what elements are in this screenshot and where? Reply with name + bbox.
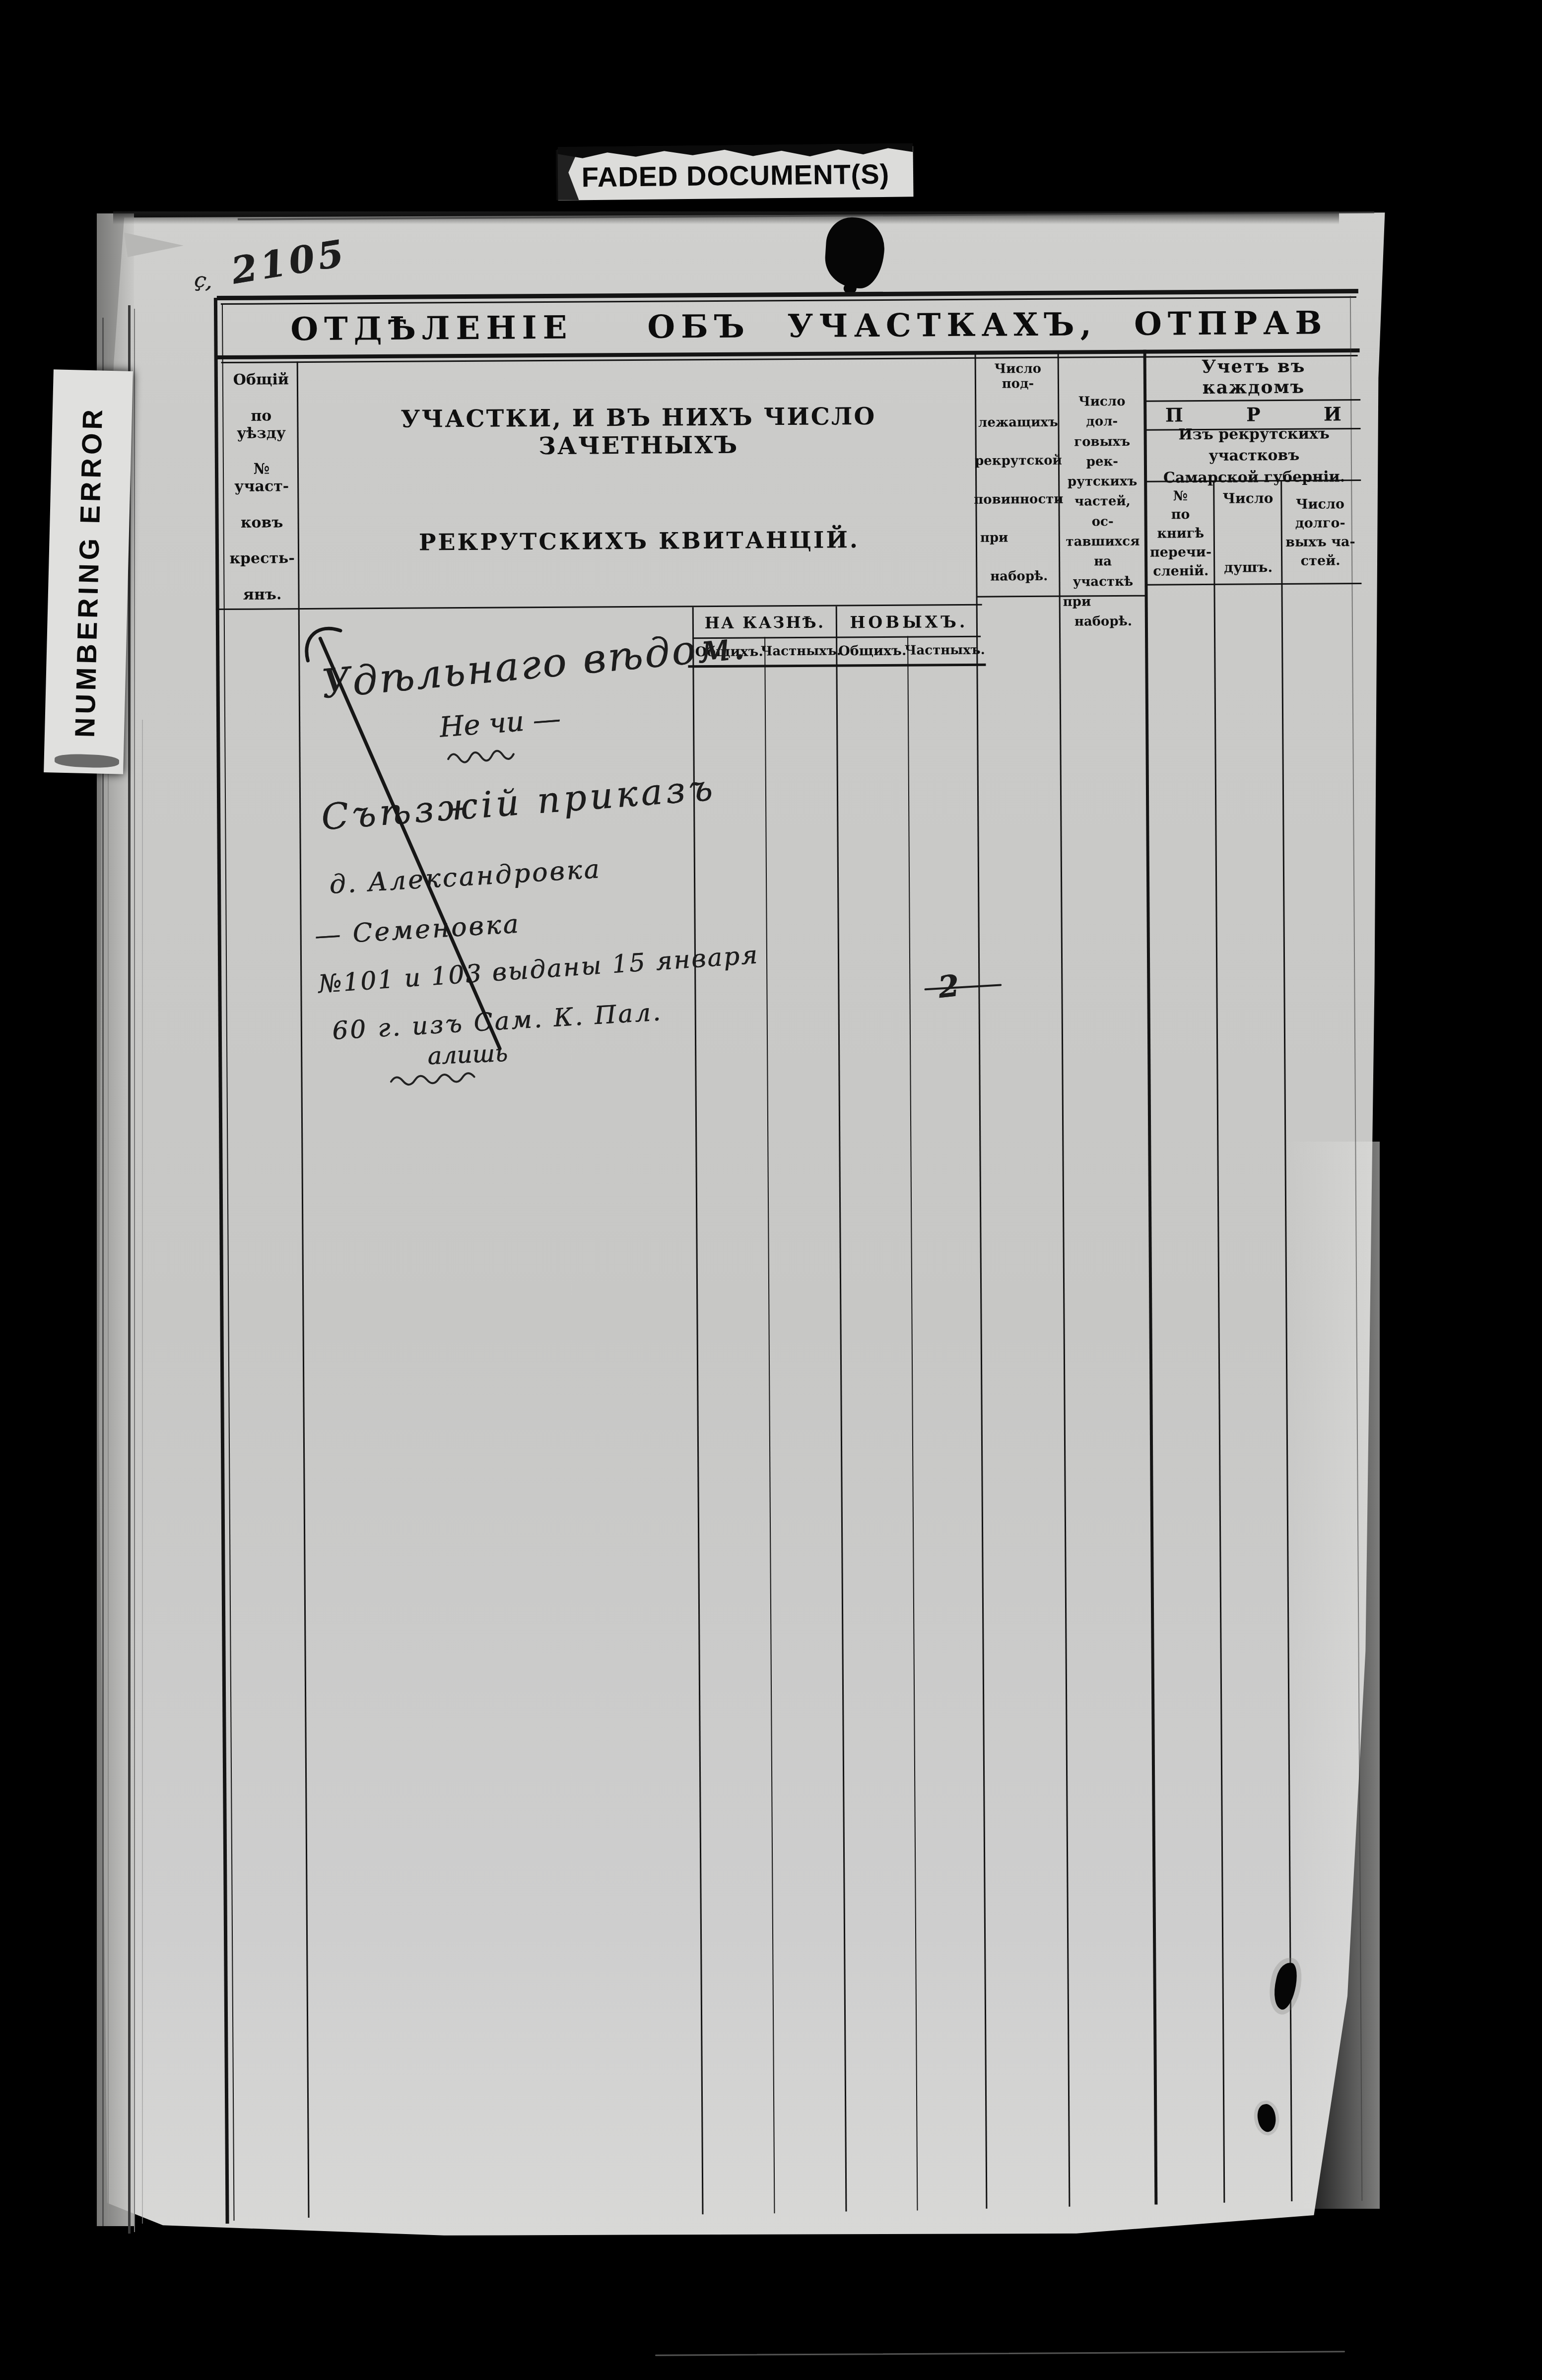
page-margin-rule xyxy=(1350,296,1362,2201)
cancellation-curl xyxy=(298,626,342,666)
header-line: кресть- xyxy=(229,550,295,568)
header-line: стей. xyxy=(1301,551,1341,570)
header-line: рутскихъ xyxy=(1068,472,1138,492)
table-layer: ОТДѢЛЕНІЕ ОБЪ УЧАСТКАХЪ, ОТПРАВ Общій по… xyxy=(0,0,1542,2380)
header-line: частей, ос- xyxy=(1062,491,1142,532)
column-rule-subcol1 xyxy=(692,607,704,2214)
subheader-novyh: НОВЫХЪ. xyxy=(837,609,981,635)
column-rule-subcol3 xyxy=(836,606,847,2211)
faded-document-label-text: FADED DOCUMENT(S) xyxy=(581,158,889,200)
faded-document-label: FADED DOCUMENT(S) xyxy=(557,146,913,200)
squiggle-mark xyxy=(389,1068,493,1085)
header-line: сленій. xyxy=(1153,562,1208,581)
header-line: НОВЫХЪ. xyxy=(850,612,968,631)
header-bottom-rule-cd xyxy=(977,595,1147,598)
sheet-edge-streak xyxy=(238,211,1374,220)
squiggle-mark xyxy=(446,744,535,762)
entry-village-2: — Семеновка xyxy=(314,909,521,951)
header-line: душъ. xyxy=(1224,559,1273,576)
header-line: Число xyxy=(1222,490,1273,507)
header-line: лежащихъ xyxy=(978,414,1058,430)
subheader-obshchih-2: Общихъ. xyxy=(837,638,907,664)
header-line: Число под- xyxy=(979,361,1057,392)
ink-blot xyxy=(823,216,886,290)
header-line: Изъ рекрутскихъ участковъ xyxy=(1148,423,1360,468)
section-title-part1: ОТДѢЛЕНІЕ xyxy=(290,309,573,347)
header-line: рекрутской xyxy=(975,453,1062,469)
header-sections-column: УЧАСТКИ, И ВЪ НИХЪ ЧИСЛО ЗАЧЕТНЫХЪ РЕКРУ… xyxy=(303,368,975,590)
entry-receipt-numbers: №101 и 103 выданы 15 января xyxy=(317,940,759,999)
column-rule-right-thick xyxy=(1143,350,1158,2205)
header-line: Число дол- xyxy=(1062,392,1142,432)
entry-village-1: д. Александровка xyxy=(329,854,602,900)
header-line: Учетъ въ каждомъ xyxy=(1148,355,1360,399)
entry-department: Удѣльнаго вѣдом. xyxy=(320,621,749,707)
ink-mark xyxy=(1256,2103,1278,2133)
header-line: № xyxy=(1173,487,1188,506)
header-line: по уѣзду xyxy=(226,407,296,442)
header-line: при xyxy=(980,531,1008,545)
column-rule-subcol2 xyxy=(764,637,775,2213)
header-line: при xyxy=(1063,592,1091,612)
handwritten-page-number: 2105 xyxy=(228,232,350,293)
header-souls-column: Число душъ. xyxy=(1215,490,1280,576)
header-account-row3: Изъ рекрутскихъ участковъ Самарской губе… xyxy=(1148,433,1360,479)
header-line: тавшихся xyxy=(1066,532,1140,552)
header-line: наборѣ. xyxy=(990,569,1048,584)
column-rule-subcol4 xyxy=(907,636,918,2211)
right-cols-bottom-rule xyxy=(1147,583,1361,586)
header-line: по книгѣ xyxy=(1147,505,1213,543)
header-line: Частныхъ. xyxy=(905,643,985,658)
header-line: Число xyxy=(1296,495,1344,514)
ink-mark xyxy=(1270,1960,1301,2011)
header-line: Общій xyxy=(233,371,289,389)
header-transfer-book-column: № по книгѣ перечи- сленій. xyxy=(1147,488,1213,579)
header-line: РЕКРУТСКИХЪ КВИТАНЦІЙ. xyxy=(419,526,860,555)
header-line: говыхъ рек- xyxy=(1062,431,1142,472)
header-line: перечи- xyxy=(1150,543,1211,562)
section-title: ОТДѢЛЕНІЕ ОБЪ УЧАСТКАХЪ, ОТПРАВ xyxy=(226,297,1358,355)
section-title-part2: ОБЪ УЧАСТКАХЪ, ОТПРАВ xyxy=(647,304,1328,345)
subheader-chastnyh-2: Частныхъ. xyxy=(909,638,981,663)
header-subject-column: Число под- лежащихъ рекрутской повинност… xyxy=(979,361,1058,584)
header-line: янъ. xyxy=(243,586,282,603)
value-strike-line xyxy=(924,984,1002,990)
table-left-border xyxy=(214,298,229,2224)
scanned-document-page: { "stickers": { "faded": "FADED DOCUMENT… xyxy=(0,0,1542,2380)
column-rule-debt xyxy=(1058,352,1071,2207)
header-line: П Р И xyxy=(1165,403,1342,426)
header-debt-parts-column: Число долго- выхъ ча- стей. xyxy=(1284,487,1356,578)
subheader-chastnyh-1: Частныхъ. xyxy=(766,638,836,664)
header-line: Самарской губерніи. xyxy=(1163,466,1345,489)
header-line: выхъ ча- xyxy=(1285,533,1355,552)
header-debt-column: Число дол- говыхъ рек- рутскихъ частей, … xyxy=(1062,392,1143,556)
handwritten-corner-mark: ç, xyxy=(193,267,214,293)
header-line: ковъ xyxy=(241,514,283,532)
header-line: наборѣ. xyxy=(1074,612,1132,632)
header-account-row1: Учетъ въ каждомъ xyxy=(1148,356,1359,398)
column-rule-right2 xyxy=(1280,481,1292,2201)
header-line: повинности xyxy=(974,491,1064,507)
header-line: № участ- xyxy=(227,460,296,495)
header-line: Общихъ. xyxy=(838,643,906,659)
header-line: УЧАСТКИ, И ВЪ НИХЪ ЧИСЛО ЗАЧЕТНЫХЪ xyxy=(303,402,974,461)
header-line: на участкѣ xyxy=(1063,551,1143,592)
header-line: долго- xyxy=(1295,514,1345,533)
entry-ne-chi: Не чи — xyxy=(438,702,562,744)
numbering-error-label: NUMBERING ERROR xyxy=(44,369,133,774)
header-line: Частныхъ. xyxy=(761,643,841,659)
column-rule-right1 xyxy=(1213,482,1225,2203)
header-district-column: Общій по уѣзду № участ- ковъ кресть- янъ… xyxy=(226,371,297,604)
numbering-error-label-text: NUMBERING ERROR xyxy=(68,406,108,738)
